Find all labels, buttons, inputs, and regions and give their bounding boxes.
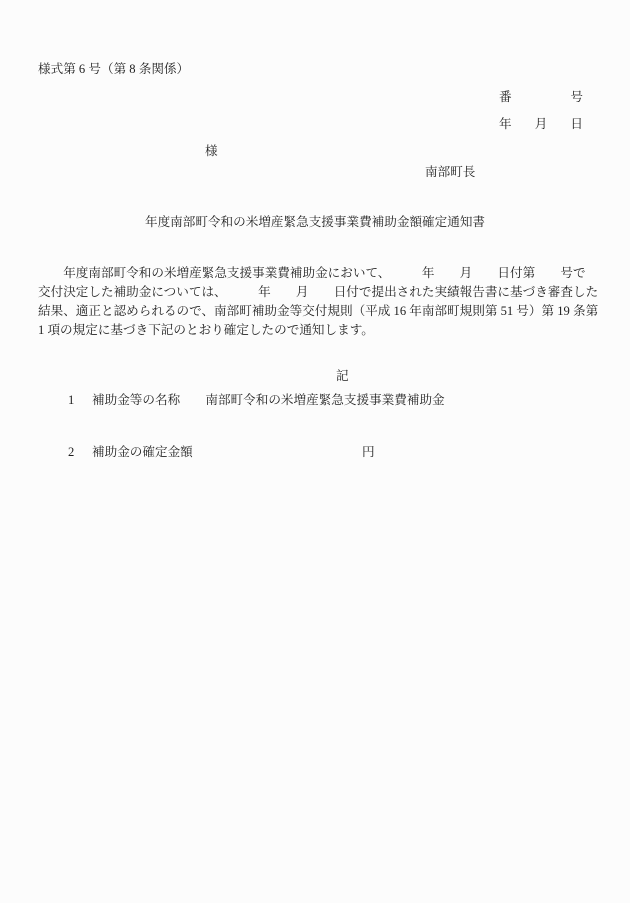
- body-line: 年度南部町令和の米増産緊急支援事業費補助金において、 年 月 日付第 号で: [38, 266, 586, 280]
- list-item-confirmed-amount: 2 補助金の確定金額 円: [0, 445, 630, 461]
- item-number: 2: [68, 445, 74, 459]
- document-number-field: 番 号: [499, 90, 583, 104]
- document-number-suffix: 号: [570, 90, 583, 104]
- form-number: 様式第 6 号（第 8 条関係）: [38, 62, 189, 76]
- date-year-label: 年: [499, 117, 512, 131]
- currency-unit-label: 円: [362, 445, 375, 459]
- body-line: 結果、適正と認められるので、南部町補助金等交付規則（平成 16 年南部町規則第 …: [38, 304, 598, 318]
- sender-title: 南部町長: [425, 165, 475, 179]
- date-month-label: 月: [535, 117, 548, 131]
- date-field: 年 月 日: [499, 117, 583, 131]
- date-day-label: 日: [570, 117, 583, 131]
- document-title: 年度南部町令和の米増産緊急支援事業費補助金額確定通知書: [0, 215, 630, 229]
- item-text: 補助金の確定金額: [92, 445, 193, 459]
- notes-marker: 記: [336, 369, 349, 383]
- document-page: 様式第 6 号（第 8 条関係） 番 号 年 月 日 様 南部町長 年度南部町令…: [0, 0, 630, 903]
- addressee-honorific: 様: [205, 144, 218, 158]
- document-number-label: 番: [499, 90, 512, 104]
- item-text: 補助金等の名称 南部町令和の米増産緊急支援事業費補助金: [92, 393, 445, 407]
- item-number: 1: [68, 393, 74, 407]
- body-line: 1 項の規定に基づき下記のとおり確定したので通知します。: [38, 323, 374, 337]
- list-item-subsidy-name: 1 補助金等の名称 南部町令和の米増産緊急支援事業費補助金: [0, 393, 630, 409]
- body-line: 交付決定した補助金については、 年 月 日付で提出された実績報告書に基づき審査し…: [38, 285, 598, 299]
